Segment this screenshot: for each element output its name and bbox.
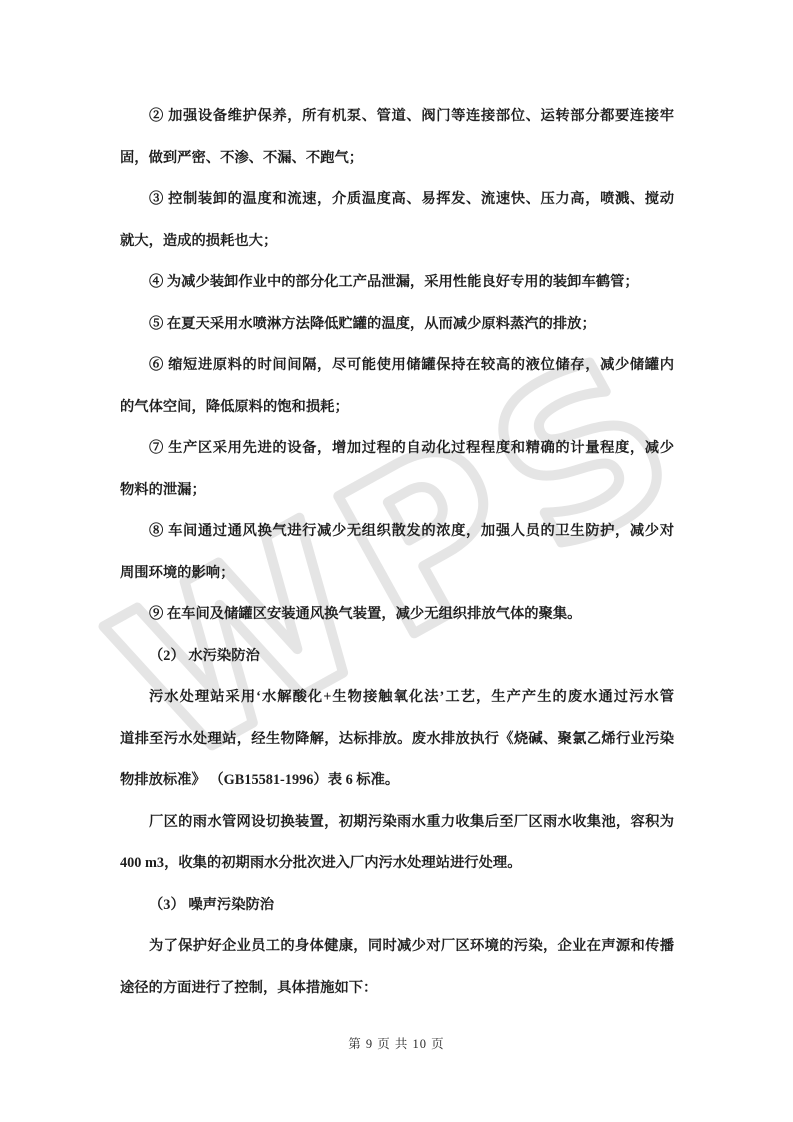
text-line: 物排放标准》 （GB15581-1996）表 6 标准。 xyxy=(120,760,674,802)
page-footer: 第 9 页 共 10 页 xyxy=(0,1034,793,1052)
text-line: 污水处理站采用‘水解酸化+生物接触氧化法’工艺，生产产生的废水通过污水管 xyxy=(120,677,674,719)
text-line: ② 加强设备维护保养，所有机泵、管道、阀门等连接部位、运转部分都要连接牢 xyxy=(120,96,674,138)
text-line: ③ 控制装卸的温度和流速，介质温度高、易挥发、流速快、压力高，喷溅、搅动 xyxy=(120,179,674,221)
text-line: 就大，造成的损耗也大； xyxy=(120,221,674,263)
text-line: 途径的方面进行了控制，具体措施如下： xyxy=(120,968,674,1010)
text-line: （3） 噪声污染防治 xyxy=(120,885,674,927)
text-line: ⑧ 车间通过通风换气进行减少无组织散发的浓度，加强人员的卫生防护，减少对 xyxy=(120,511,674,553)
page-number-text: 第 9 页 共 10 页 xyxy=(348,1037,444,1051)
text-line: 厂区的雨水管网设切换装置，初期污染雨水重力收集后至厂区雨水收集池，容积为 xyxy=(120,802,674,844)
text-line: ⑤ 在夏天采用水喷淋方法降低贮罐的温度，从而减少原料蒸汽的排放； xyxy=(120,304,674,346)
text-line: ④ 为减少装卸作业中的部分化工产品泄漏，采用性能良好专用的装卸车鹤管； xyxy=(120,262,674,304)
text-line: 固，做到严密、不渗、不漏、不跑气； xyxy=(120,138,674,180)
text-line: 道排至污水处理站，经生物降解，达标排放。废水排放执行《烧碱、聚氯乙烯行业污染 xyxy=(120,719,674,761)
text-line: 的气体空间，降低原料的饱和损耗； xyxy=(120,387,674,429)
text-line: ⑦ 生产区采用先进的设备，增加过程的自动化过程程度和精确的计量程度，减少 xyxy=(120,428,674,470)
document-page: WPS ② 加强设备维护保养，所有机泵、管道、阀门等连接部位、运转部分都要连接牢… xyxy=(0,0,793,1122)
text-line: 物料的泄漏； xyxy=(120,470,674,512)
text-line: ⑨ 在车间及储罐区安装通风换气装置，减少无组织排放气体的聚集。 xyxy=(120,594,674,636)
text-line: 400 m3，收集的初期雨水分批次进入厂内污水处理站进行处理。 xyxy=(120,843,674,885)
document-text-body: ② 加强设备维护保养，所有机泵、管道、阀门等连接部位、运转部分都要连接牢固，做到… xyxy=(120,96,674,1009)
text-line: 为了保护好企业员工的身体健康，同时减少对厂区环境的污染，企业在声源和传播 xyxy=(120,926,674,968)
text-line: ⑥ 缩短进原料的时间间隔，尽可能使用储罐保持在较高的液位储存，减少储罐内 xyxy=(120,345,674,387)
text-line: （2） 水污染防治 xyxy=(120,636,674,678)
text-line: 周围环境的影响； xyxy=(120,553,674,595)
